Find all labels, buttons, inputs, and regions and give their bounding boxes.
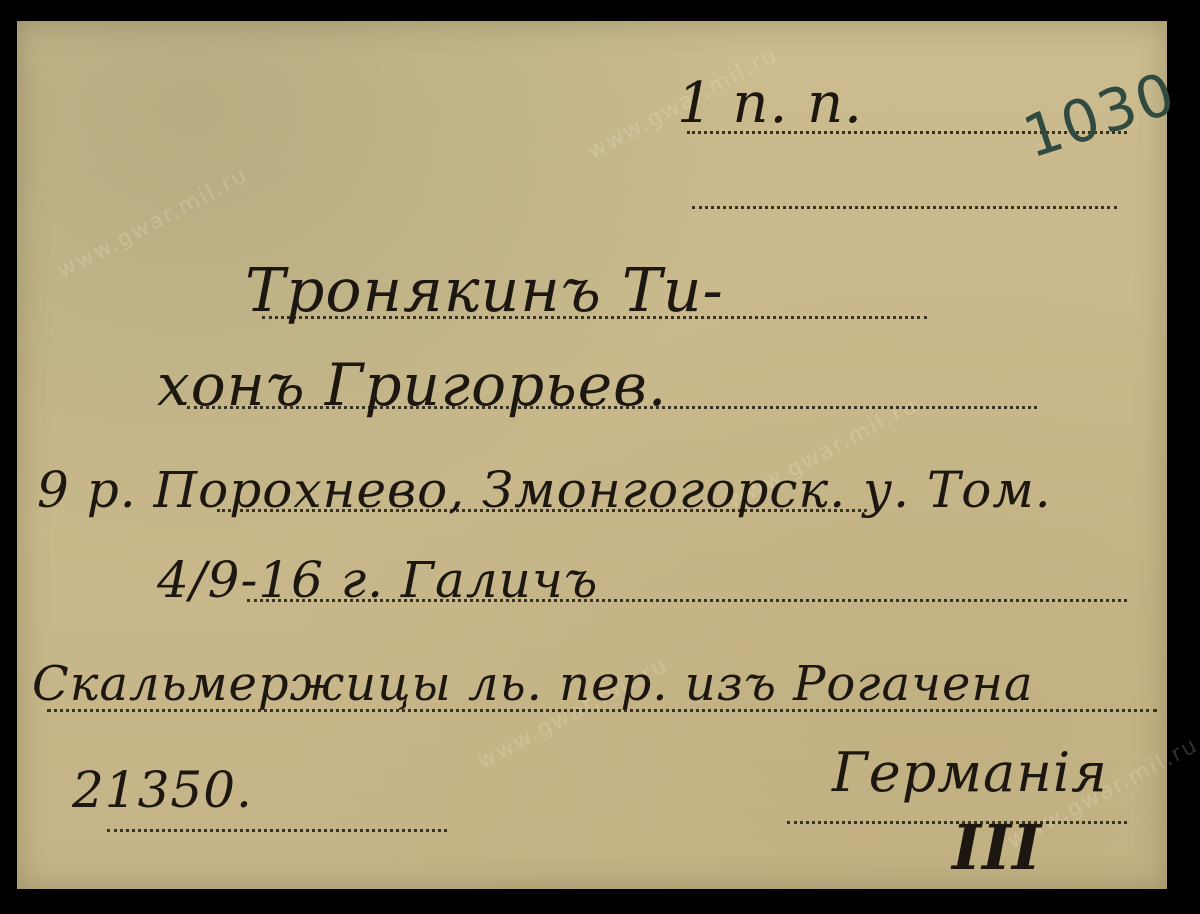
ruled-line [692,206,1117,209]
roman-mark: III [952,811,1042,884]
date-place-text: 4/9-16 г. Галичъ [157,551,598,609]
country-text: Германія [832,741,1108,804]
regiment-text: 1 п. п. [677,71,863,136]
document-card: www.gwar.mil.ru www.gwar.mil.ru www.gwar… [17,21,1167,889]
origin-text: 9 р. Порохнево, Змонгогорск. у. Том. [37,461,1052,519]
archive-number: 1030 [1015,59,1184,172]
record-number-text: 21350. [72,761,253,819]
watermark: www.gwar.mil.ru [54,163,253,285]
surname-text: Тронякинъ Ти- [245,256,724,326]
camp-text: Скальмержицы ль. пер. изъ Рогачена [32,656,1034,712]
ruled-line [107,829,447,832]
given-name-text: хонъ Григорьев. [157,351,667,419]
